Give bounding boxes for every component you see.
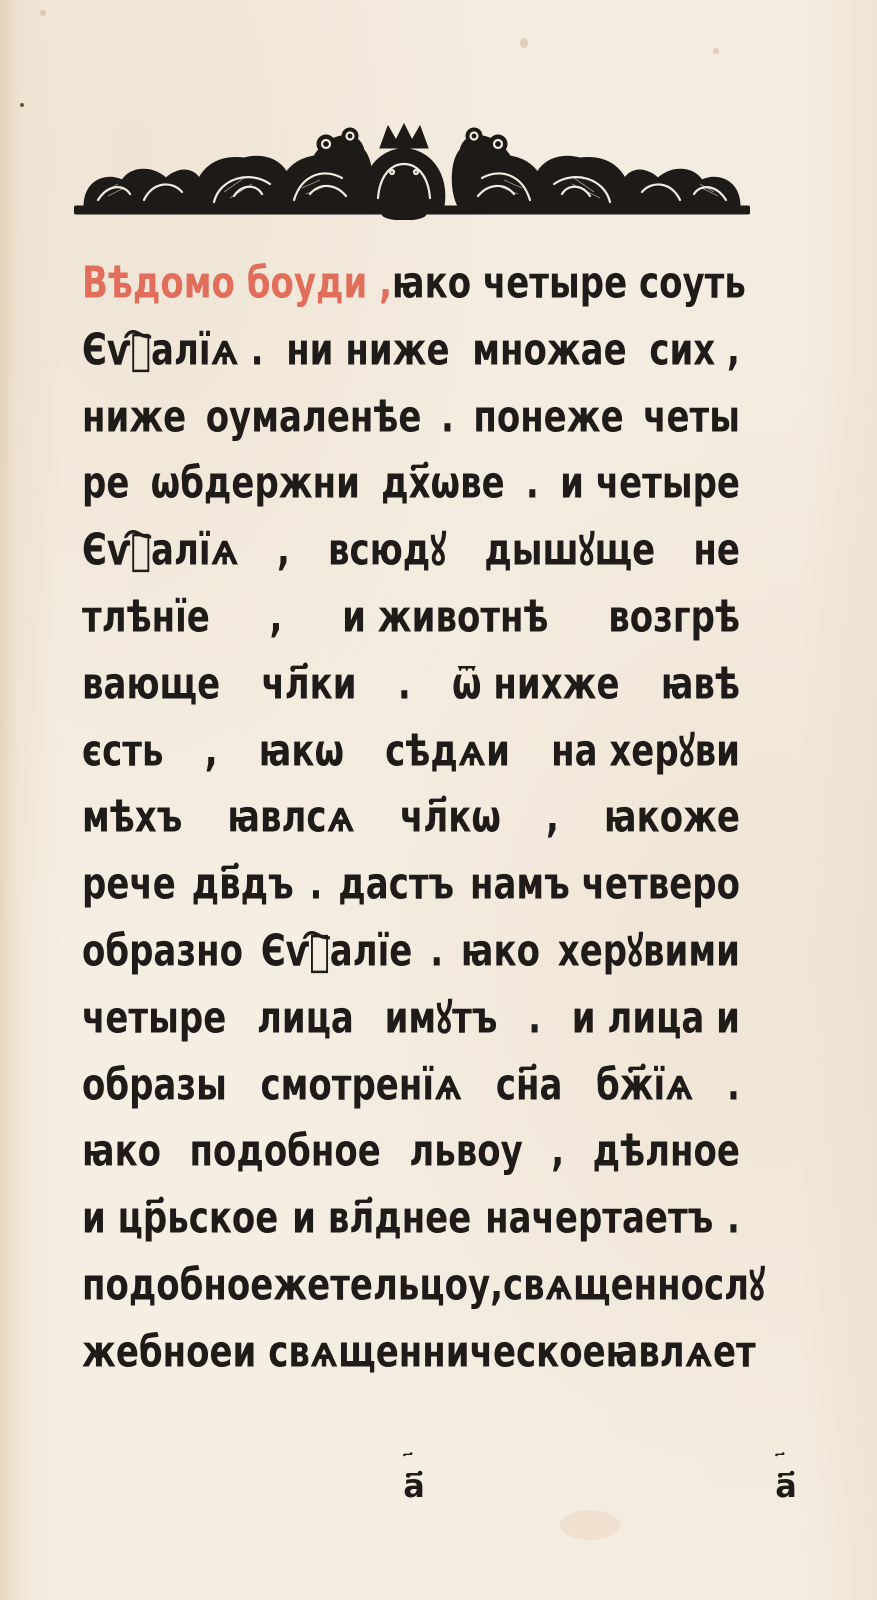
word: образы — [82, 1052, 227, 1119]
word: тлѣнїе — [82, 584, 210, 651]
word: и вл҃днее — [292, 1185, 471, 1252]
foxing-spot — [713, 48, 719, 54]
word: четыре — [82, 985, 226, 1052]
punctuation: . — [441, 384, 454, 451]
word: и четыре — [560, 450, 740, 517]
word: подобное — [190, 1118, 381, 1185]
word: множае — [472, 317, 626, 384]
ornamental-headpiece — [74, 122, 750, 220]
word: и лица и — [572, 985, 740, 1052]
punctuation: . — [727, 1185, 740, 1252]
signature-mark-left: ҃ а҃ — [394, 1455, 434, 1503]
word: Єѵⷢ҇алїѧ — [82, 517, 239, 584]
word: єсть — [82, 718, 164, 785]
punctuation: . — [430, 918, 443, 985]
word: ѿ нихже — [452, 651, 620, 718]
book-page: Вѣдомо боуди , ꙗко четыре соуть Єѵⷢ҇алїѧ… — [0, 0, 877, 1600]
word: ꙗвлсѧ — [227, 784, 354, 851]
punctuation: . — [526, 450, 539, 517]
word: образно — [82, 918, 243, 985]
word: лица — [257, 985, 354, 1052]
punctuation: , — [270, 584, 283, 651]
word: возгрѣ — [608, 584, 740, 651]
word: львоу — [409, 1118, 522, 1185]
word: дышꙋще — [484, 517, 655, 584]
word: ꙗко — [82, 1118, 161, 1185]
word: и свѧщенническое — [233, 1319, 606, 1386]
word: ре — [82, 450, 129, 517]
word: оумаленѣе — [206, 384, 422, 451]
word: четы — [643, 384, 740, 451]
text-line-17: жебное и свѧщенническое ꙗвлѧет — [82, 1319, 740, 1405]
punctuation: . — [727, 1052, 740, 1119]
word: сѣдѧи — [385, 718, 510, 785]
word: дастъ — [338, 851, 454, 918]
word: и животнѣ — [342, 584, 548, 651]
foxing-spot — [560, 1510, 620, 1540]
word: ꙗкѡ — [259, 718, 344, 785]
word: чл҃ки — [261, 651, 356, 718]
word: ꙗко четыре соуть — [392, 250, 746, 317]
word: рече — [82, 851, 176, 918]
word: вающе — [82, 651, 220, 718]
word: ꙗко — [461, 918, 540, 985]
word: дв҃дъ — [192, 851, 294, 918]
word: Єѵⷢ҇алїѧ . — [82, 317, 264, 384]
word: ꙗкоже — [604, 784, 740, 851]
signature-letter: а҃ — [403, 1467, 425, 1505]
word: ꙗвлѧет — [606, 1319, 756, 1386]
word: сих , — [649, 317, 740, 384]
word: ни ниже — [286, 317, 449, 384]
text-block: Вѣдомо боуди , ꙗко четыре соуть Єѵⷢ҇алїѧ… — [82, 250, 740, 1386]
word: свѧщеннослꙋ — [503, 1252, 765, 1319]
foxing-spot — [40, 10, 46, 16]
word: имꙋтъ — [385, 985, 498, 1052]
word: жебное — [82, 1319, 233, 1386]
punctuation: . — [398, 651, 411, 718]
word: начертаетъ — [485, 1185, 713, 1252]
word: намъ четверо — [470, 851, 740, 918]
word: и цр҃ьское — [82, 1185, 278, 1252]
word: подобноеже — [82, 1252, 330, 1319]
catchword-mark-right: ҃ а҃ — [766, 1455, 806, 1503]
punctuation: . — [310, 851, 323, 918]
word: смотренїѧ — [260, 1052, 462, 1119]
signature-letter: а҃ — [775, 1467, 797, 1505]
punctuation: , — [277, 517, 290, 584]
punctuation: , — [546, 784, 559, 851]
word: сн҃а — [496, 1052, 563, 1119]
word: понеже — [473, 384, 623, 451]
foxing-spot — [20, 103, 24, 107]
punctuation: . — [528, 985, 541, 1052]
word: всюдꙋ — [328, 517, 446, 584]
word: чл҃кѡ — [400, 784, 501, 851]
word: тельцоу — [330, 1252, 490, 1319]
punctuation: , — [205, 718, 218, 785]
word: ниже — [82, 384, 186, 451]
word: мѣхъ — [82, 784, 182, 851]
rubric-opening: Вѣдомо боуди , — [82, 250, 392, 317]
word: бж҃їѧ — [596, 1052, 694, 1119]
word: херꙋвими — [558, 918, 740, 985]
word: не — [693, 517, 740, 584]
word: ѡбдержни — [151, 450, 360, 517]
word: на херꙋви — [551, 718, 740, 785]
word: Єѵⷢ҇алїе — [261, 918, 413, 985]
word: дѣлное — [593, 1118, 740, 1185]
foxing-spot — [520, 38, 528, 48]
word: ꙗвѣ — [661, 651, 740, 718]
punctuation: , — [490, 1252, 503, 1319]
punctuation: , — [551, 1118, 564, 1185]
word: дх҃ѡве — [381, 450, 505, 517]
